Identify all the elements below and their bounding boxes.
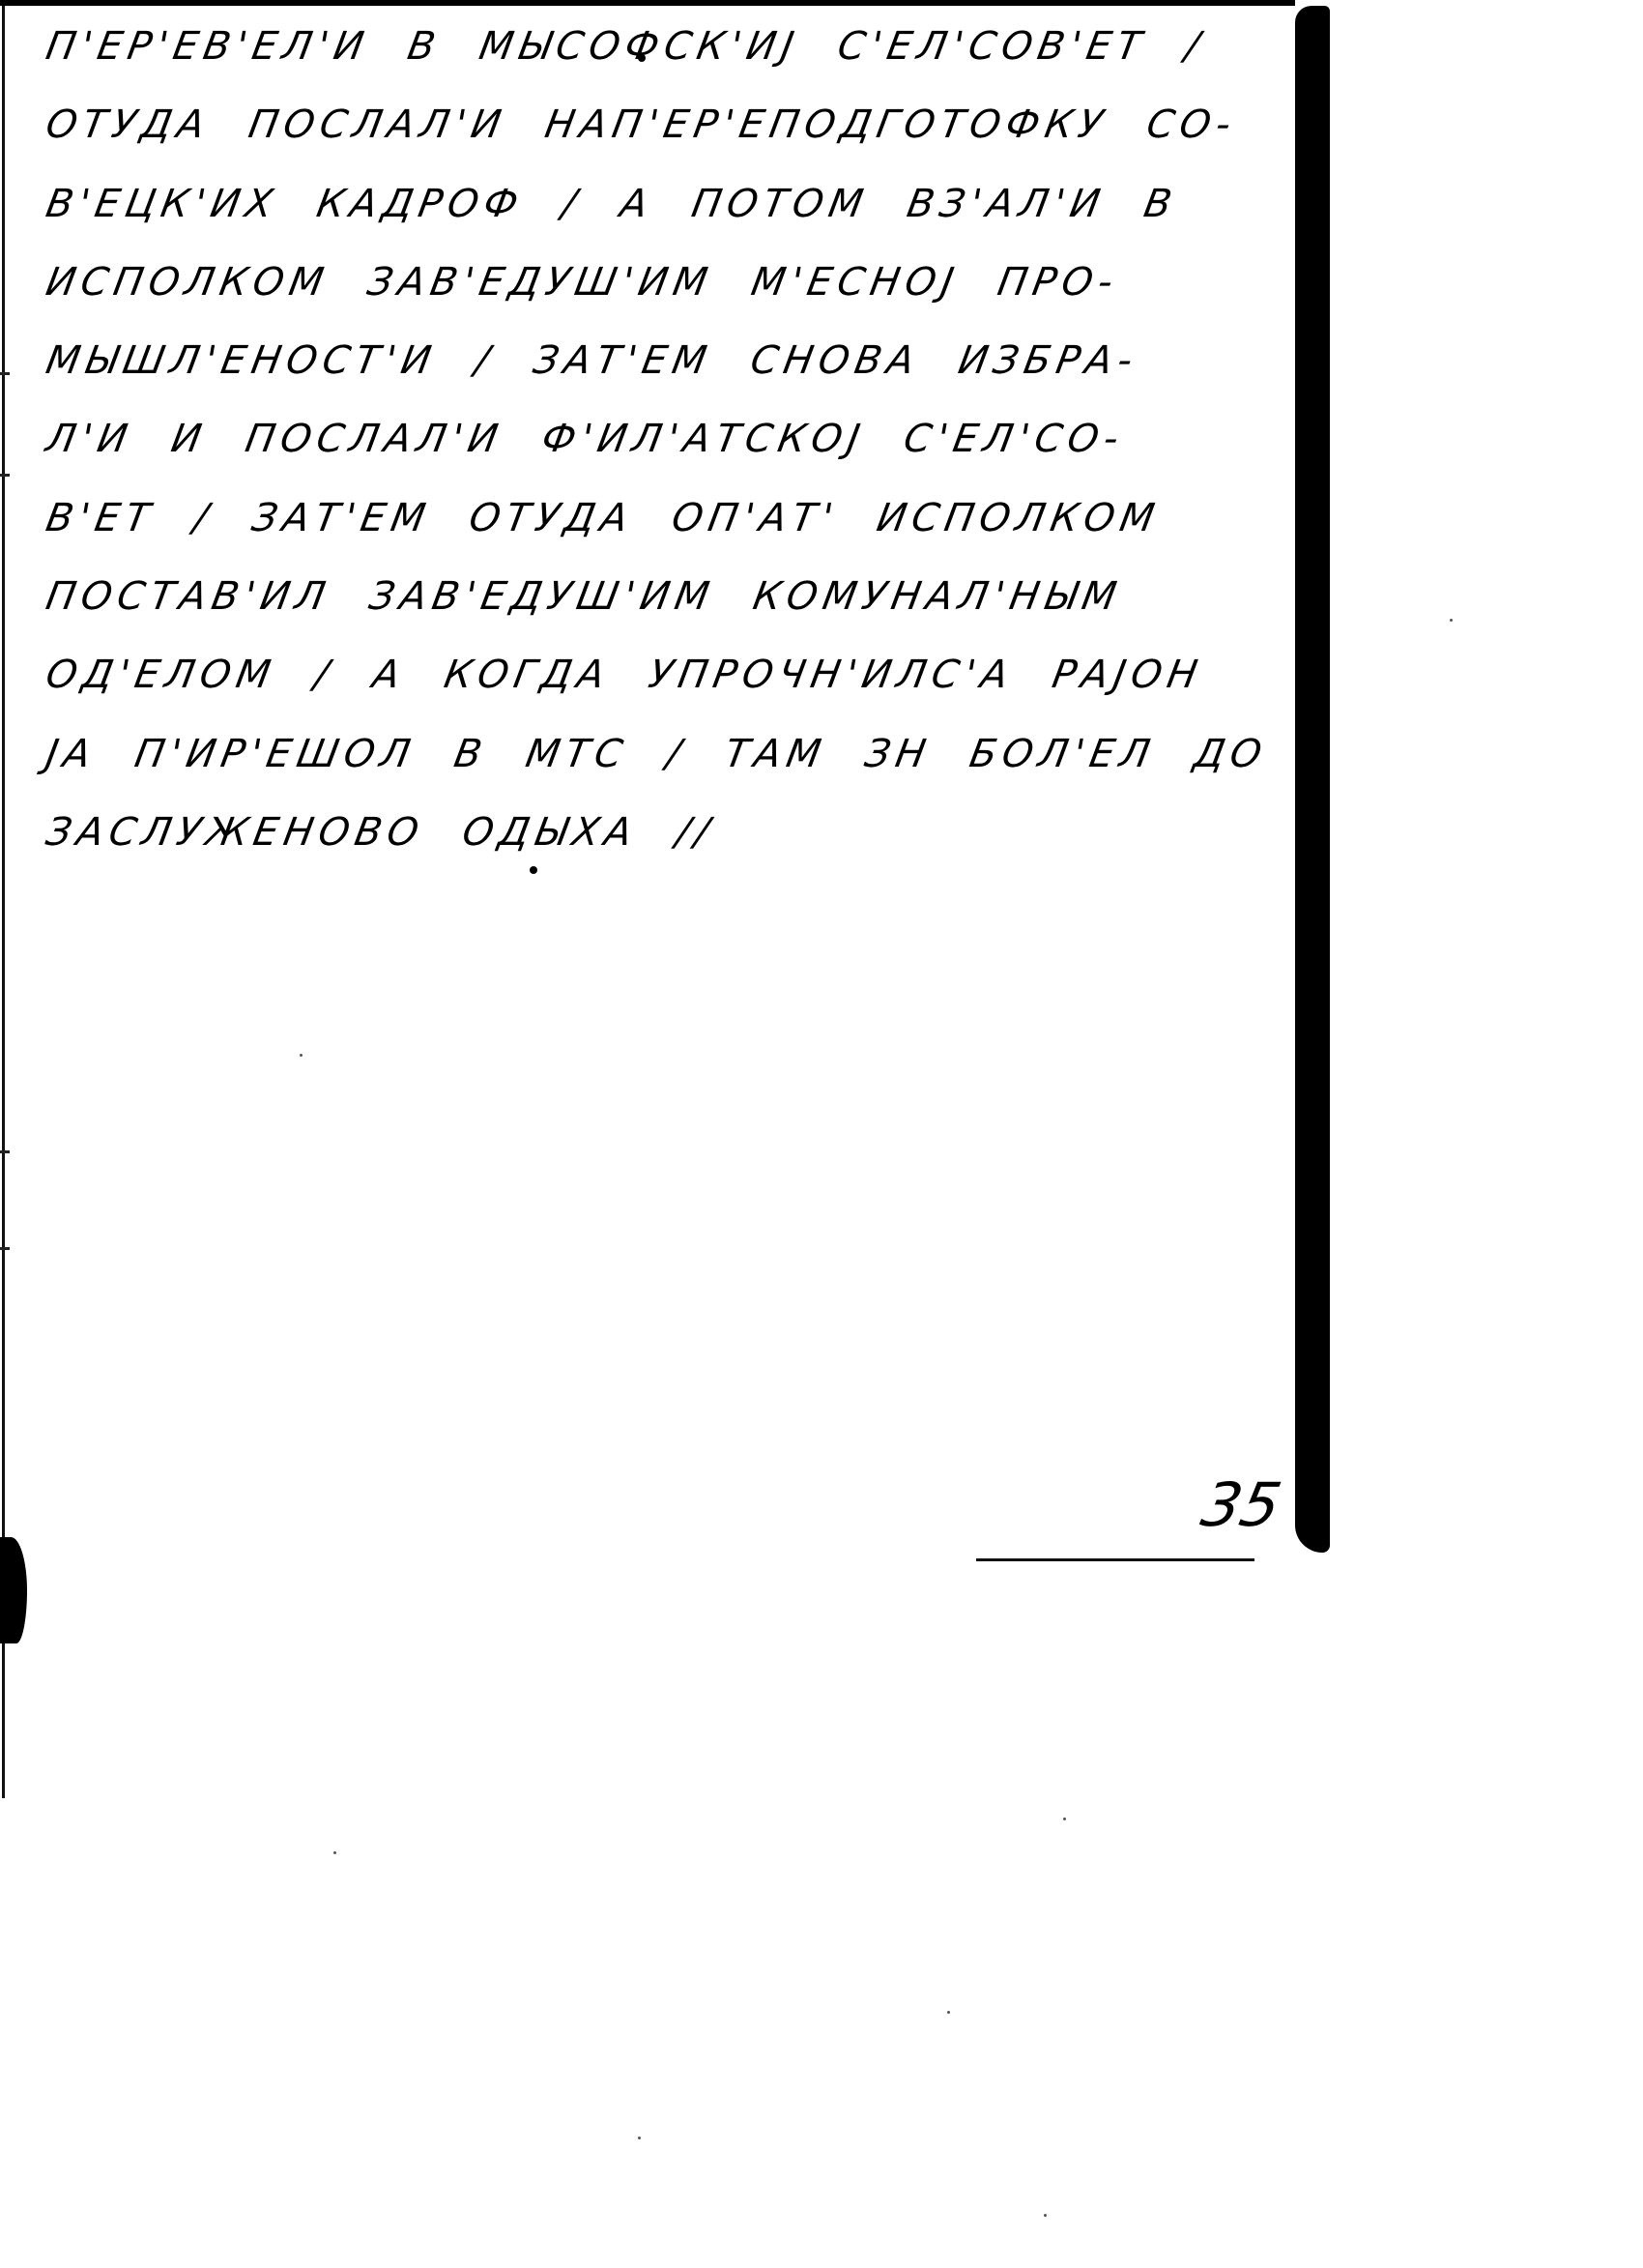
margin-mark: [0, 474, 10, 477]
scan-speck: [300, 1054, 303, 1057]
text-line: ОД'ЕЛОМ / А КОГДА УПРОЧН'ИЛС'А РАЈОН: [40, 636, 1039, 714]
text-line: В'ЕТ / ЗАТ'ЕМ ОТУДА ОП'АТ' ИСПОЛКОМ: [40, 480, 1039, 558]
scan-speck: [1450, 619, 1453, 622]
text-line: МЫШЛ'ЕНОСТ'И / ЗАТ'ЕМ СНОВА ИЗБРА-: [40, 322, 1039, 400]
left-binding-edge: [2, 0, 5, 1798]
right-border-bar: [1295, 6, 1330, 1553]
scan-speck: [638, 2137, 641, 2139]
margin-mark: [0, 372, 10, 375]
scan-speck: [1063, 1817, 1066, 1820]
text-line: П'ЕР'ЕВ'ЕЛ'И В МЫСОФСК'ИЈ С'ЕЛ'СОВ'ЕТ /: [40, 8, 1039, 86]
margin-mark: [0, 1247, 10, 1250]
ink-blot: [0, 1537, 27, 1643]
text-line: ОТУДА ПОСЛАЛ'И НАП'ЕР'ЕПОДГОТОФКУ СО-: [40, 86, 1039, 164]
scan-speck: [1044, 2214, 1047, 2217]
scan-speck: [947, 2011, 950, 2014]
text-line: Л'И И ПОСЛАЛ'И Ф'ИЛ'АТСКОЈ С'ЕЛ'СО-: [40, 400, 1039, 479]
ink-dot: [530, 866, 537, 874]
text-line: ИСПОЛКОМ ЗАВ'ЕДУШ'ИМ М'ЕСНОЈ ПРО-: [40, 244, 1039, 322]
top-border-line: [0, 0, 1295, 6]
text-line: ЗАСЛУЖЕНОВО ОДЫХА //: [40, 794, 1039, 872]
ink-dot: [638, 54, 646, 62]
margin-mark: [0, 1150, 10, 1153]
text-line: В'ЕЦК'ИХ КАДРОФ / А ПОТОМ ВЗ'АЛ'И В: [40, 165, 1039, 244]
transcription-text: П'ЕР'ЕВ'ЕЛ'И В МЫСОФСК'ИЈ С'ЕЛ'СОВ'ЕТ / …: [46, 8, 1032, 872]
text-line: ЈА П'ИР'ЕШОЛ В МТС / ТАМ ЗН БОЛ'ЕЛ ДО: [40, 715, 1039, 794]
bottom-border-line: [976, 1558, 1254, 1561]
scanned-page: П'ЕР'ЕВ'ЕЛ'И В МЫСОФСК'ИЈ С'ЕЛ'СОВ'ЕТ / …: [0, 0, 1643, 2268]
page-number: 35: [1196, 1469, 1286, 1540]
scan-speck: [333, 1851, 336, 1854]
text-line: ПОСТАВ'ИЛ ЗАВ'ЕДУШ'ИМ КОМУНАЛ'НЫМ: [40, 558, 1039, 636]
